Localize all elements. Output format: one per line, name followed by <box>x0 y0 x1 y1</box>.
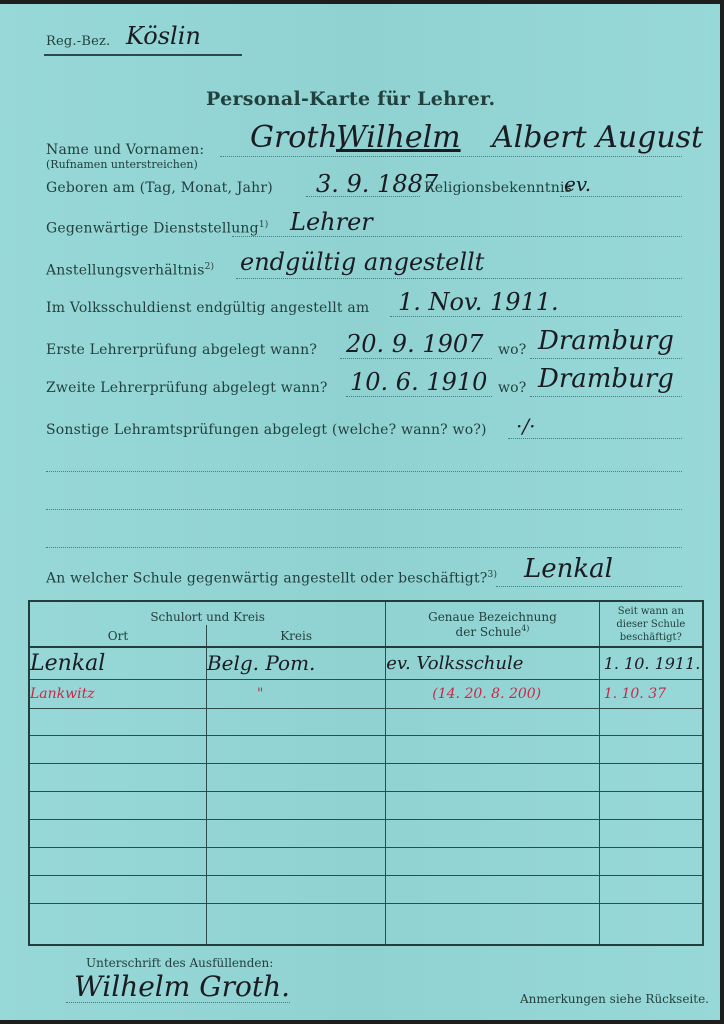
page-title: Personal-Karte für Lehrer. <box>206 88 495 110</box>
cell-ort: Lankwitz <box>29 679 206 708</box>
reg-bez-label: Reg.-Bez. <box>46 34 110 49</box>
table-row <box>29 736 703 764</box>
born-label: Geboren am (Tag, Monat, Jahr) <box>46 180 273 196</box>
cell-seit: 1. 10. 1911. <box>599 647 703 679</box>
position-dotted-line <box>232 236 682 237</box>
header-ort: Ort <box>29 625 206 647</box>
name-label: Name und Vornamen: <box>46 142 204 158</box>
cell-bezeichnung <box>386 708 599 736</box>
cell-bezeichnung <box>386 792 599 820</box>
cell-seit <box>599 875 703 903</box>
exam2-where: Dramburg <box>538 364 674 394</box>
exam1-where-dotted-line <box>530 358 682 359</box>
header-kreis: Kreis <box>206 625 385 647</box>
table-row: Lenkal Belg. Pom. ev. Volksschule 1. 10.… <box>29 647 703 679</box>
other-exams-dotted-line <box>508 438 682 439</box>
cell-bezeichnung <box>386 903 599 945</box>
reg-bez-value: Köslin <box>126 22 201 50</box>
blank-dotted-line-2 <box>46 509 682 510</box>
exam2-date: 10. 6. 1910 <box>350 368 487 396</box>
cell-ort <box>29 847 206 875</box>
cell-bezeichnung <box>386 764 599 792</box>
cell-seit <box>599 847 703 875</box>
name-rufname-underlined: Wilhelm <box>336 120 461 155</box>
reg-bez-underline <box>44 54 242 56</box>
personal-card: Reg.-Bez. Köslin Personal-Karte für Lehr… <box>0 4 720 1020</box>
cell-seit <box>599 792 703 820</box>
cell-kreis <box>206 875 385 903</box>
cell-ort <box>29 820 206 848</box>
other-exams-value: ·/· <box>516 414 535 438</box>
religion-dotted-line <box>560 196 682 197</box>
cell-bezeichnung <box>386 847 599 875</box>
name-surname: Groth, <box>250 120 347 155</box>
cell-kreis <box>206 903 385 945</box>
cell-kreis: Belg. Pom. <box>206 647 385 679</box>
signature-label: Unterschrift des Ausfüllenden: <box>86 956 273 970</box>
exam1-date: 20. 9. 1907 <box>346 330 483 358</box>
blank-dotted-line-3 <box>46 547 682 548</box>
employment-label-text: Anstellungsverhältnis <box>46 263 205 279</box>
cell-kreis: " <box>206 679 385 708</box>
born-value: 3. 9. 1887 <box>316 170 438 198</box>
header-bezeichnung: Genaue Bezeichnung der Schule4) <box>386 601 599 647</box>
cell-ort <box>29 708 206 736</box>
signature-value: Wilhelm Groth. <box>74 970 290 1003</box>
cell-kreis <box>206 820 385 848</box>
cell-ort <box>29 736 206 764</box>
cell-bezeichnung <box>386 736 599 764</box>
table-row: Lankwitz " (14. 20. 8. 200) 1. 10. 37 <box>29 679 703 708</box>
cell-kreis <box>206 847 385 875</box>
header-seit-line1: Seit wann an <box>600 605 702 618</box>
table-row <box>29 847 703 875</box>
exam1-label: Erste Lehrerprüfung abgelegt wann? <box>46 342 317 358</box>
table-row <box>29 792 703 820</box>
position-value: Lehrer <box>290 208 373 236</box>
remarks-note: Anmerkungen siehe Rückseite. <box>520 992 709 1006</box>
table-row <box>29 875 703 903</box>
current-school-label: An welcher Schule gegenwärtig angestellt… <box>46 570 497 587</box>
religion-label: Religionsbekenntnis <box>424 180 572 196</box>
cell-seit: 1. 10. 37 <box>599 679 703 708</box>
volksschul-dotted-line <box>390 316 682 317</box>
employment-label: Anstellungsverhältnis2) <box>46 262 214 279</box>
school-history-table: Schulort und Kreis Genaue Bezeichnung de… <box>28 600 704 946</box>
cell-kreis <box>206 708 385 736</box>
table-row <box>29 820 703 848</box>
exam1-where: Dramburg <box>538 326 674 356</box>
exam2-date-dotted-line <box>346 396 492 397</box>
header-bezeichnung-line2: der Schule4) <box>386 624 598 639</box>
header-bezeichnung-footnote: 4) <box>521 624 529 633</box>
name-sublabel: (Rufnamen unterstreichen) <box>46 158 198 171</box>
religion-value: ev. <box>564 172 591 196</box>
table-header-row-1: Schulort und Kreis Genaue Bezeichnung de… <box>29 601 703 625</box>
current-school-label-text: An welcher Schule gegenwärtig angestellt… <box>46 571 488 587</box>
exam2-where-label: wo? <box>498 380 527 396</box>
cell-kreis <box>206 792 385 820</box>
header-seit-line2: dieser Schule <box>600 618 702 631</box>
cell-ort: Lenkal <box>29 647 206 679</box>
cell-bezeichnung: (14. 20. 8. 200) <box>386 679 599 708</box>
cell-kreis <box>206 764 385 792</box>
header-bezeichnung-text: der Schule <box>456 625 522 639</box>
position-label-text: Gegenwärtige Dienststellung <box>46 221 259 237</box>
blank-dotted-line-1 <box>46 471 682 472</box>
cell-seit <box>599 903 703 945</box>
cell-ort <box>29 875 206 903</box>
cell-ort <box>29 764 206 792</box>
header-bezeichnung-line1: Genaue Bezeichnung <box>386 610 598 624</box>
cell-bezeichnung: ev. Volksschule <box>386 647 599 679</box>
header-schulort-kreis: Schulort und Kreis <box>29 601 386 625</box>
cell-kreis <box>206 736 385 764</box>
cell-ort <box>29 903 206 945</box>
volksschul-value: 1. Nov. 1911. <box>398 288 559 316</box>
employment-dotted-line <box>236 278 682 279</box>
exam2-where-dotted-line <box>530 396 682 397</box>
cell-seit <box>599 820 703 848</box>
header-seit-line3: beschäftigt? <box>600 631 702 644</box>
position-label: Gegenwärtige Dienststellung1) <box>46 220 268 237</box>
cell-seit <box>599 764 703 792</box>
header-seit-wann: Seit wann an dieser Schule beschäftigt? <box>599 601 703 647</box>
cell-seit <box>599 708 703 736</box>
exam1-date-dotted-line <box>340 358 492 359</box>
other-exams-label: Sonstige Lehramtsprüfungen abgelegt (wel… <box>46 422 487 438</box>
cell-bezeichnung <box>386 820 599 848</box>
volksschul-label: Im Volksschuldienst endgültig angestellt… <box>46 300 369 316</box>
exam1-where-label: wo? <box>498 342 527 358</box>
position-footnote: 1) <box>259 220 269 230</box>
employment-value: endgültig angestellt <box>240 248 484 276</box>
current-school-footnote: 3) <box>488 570 498 580</box>
cell-seit <box>599 736 703 764</box>
name-rest: Albert August <box>492 120 703 155</box>
name-dotted-line <box>220 156 682 157</box>
cell-bezeichnung <box>386 875 599 903</box>
cell-ort <box>29 792 206 820</box>
employment-footnote: 2) <box>205 262 215 272</box>
table-row <box>29 708 703 736</box>
current-school-dotted-line <box>496 586 682 587</box>
table-row <box>29 764 703 792</box>
current-school-value: Lenkal <box>524 554 613 584</box>
table-row <box>29 903 703 945</box>
exam2-label: Zweite Lehrerprüfung abgelegt wann? <box>46 380 328 396</box>
